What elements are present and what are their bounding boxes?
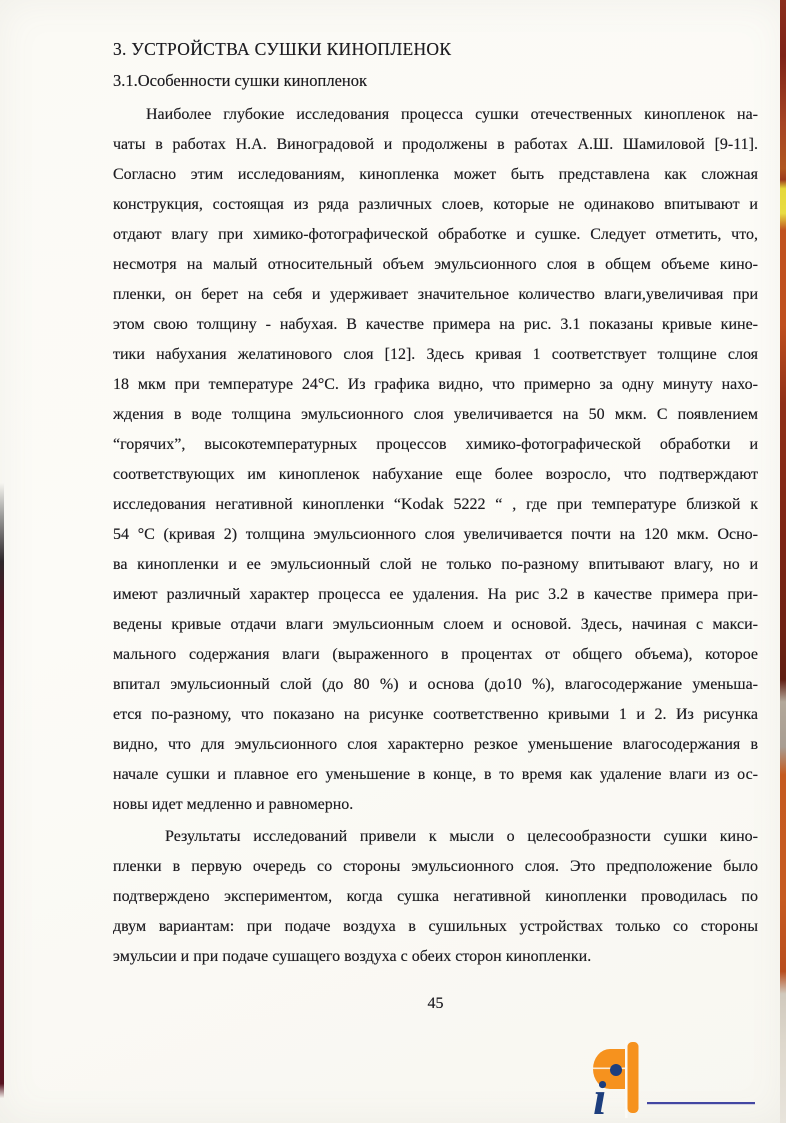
paragraph-line: пленки, он берет на себя и удерживает зн…	[113, 280, 758, 310]
paragraph-line: Наиболее глубокие исследования процесса …	[113, 100, 758, 130]
publisher-logo-svg: i	[591, 1040, 759, 1120]
paragraph-line: 54 °С (кривая 2) толщина эмульсионного с…	[113, 520, 758, 550]
logo-underline	[647, 1102, 755, 1104]
paragraph-line: исследования негативной кинопленки “Koda…	[113, 490, 758, 520]
paragraph-line: начале сушки и плавное его уменьшение в …	[113, 760, 758, 790]
paragraph-line: 18 мкм при температуре 24°С. Из графика …	[113, 370, 758, 400]
paragraph-line: имеют различный характер процесса ее уда…	[113, 580, 758, 610]
publisher-logo: i	[591, 1040, 759, 1120]
paragraph-line: несмотря на малый относительный объем эм…	[113, 250, 758, 280]
paragraph-line: ведены кривые отдачи влаги эмульсионным …	[113, 610, 758, 640]
paragraph-line: конструкция, состоящая из ряда различных…	[113, 190, 758, 220]
paragraph-line: ждения в воде толщина эмульсионного слоя…	[113, 400, 758, 430]
paragraph-line: ется по-разному, что показано на рисунке…	[113, 700, 758, 730]
text-block: 3. УСТРОЙСТВА СУШКИ КИНОПЛЕНОК 3.1.Особе…	[113, 36, 758, 972]
page-number: 45	[113, 995, 758, 1013]
subsection-title: 3.1.Особенности сушки кинопленок	[113, 68, 758, 100]
paragraph-line: отдают влагу при химико-фотографической …	[113, 220, 758, 250]
paragraph-line: новы идет медленно и равномерно.	[113, 790, 758, 820]
paragraph-line: этом свою толщину - набухая. В качестве …	[113, 310, 758, 340]
paragraph-2: Результаты исследований привели к мысли …	[113, 822, 758, 972]
paragraph-line: чаты в работах Н.А. Виноградовой и продо…	[113, 130, 758, 160]
paragraph-line: ва кинопленки и ее эмульсионный слой не …	[113, 550, 758, 580]
section-title: 3. УСТРОЙСТВА СУШКИ КИНОПЛЕНОК	[113, 36, 758, 68]
paragraph-line: тики набухания желатинового слоя [12]. З…	[113, 340, 758, 370]
paragraph-line: эмульсии и при подаче сушащего воздуха с…	[113, 942, 758, 972]
left-scan-edge	[0, 0, 4, 1123]
paragraph-line: впитал эмульсионный слой (до 80 %) и осн…	[113, 670, 758, 700]
paragraph-line: соответствующих им кинопленок набухание …	[113, 460, 758, 490]
right-scan-edge	[780, 0, 786, 1123]
paragraph-line: “горячих”, высокотемпературных процессов…	[113, 430, 758, 460]
paragraph-line: Согласно этим исследованиям, кинопленка …	[113, 160, 758, 190]
paragraph-1: Наиболее глубокие исследования процесса …	[113, 100, 758, 820]
scanned-page: 3. УСТРОЙСТВА СУШКИ КИНОПЛЕНОК 3.1.Особе…	[0, 0, 786, 1123]
paragraph-line: мального содержания влаги (выраженного в…	[113, 640, 758, 670]
paragraph-line: пленки в первую очередь со стороны эмуль…	[113, 852, 758, 882]
paragraph-line: двум вариантам: при подаче воздуха в суш…	[113, 912, 758, 942]
svg-text:i: i	[593, 1072, 607, 1120]
paragraph-line: видно, что для эмульсионного слоя характ…	[113, 730, 758, 760]
paragraph-line: Результаты исследований привели к мысли …	[113, 822, 758, 852]
paragraph-line: подтверждено экспериментом, когда сушка …	[113, 882, 758, 912]
logo-i-icon: i	[593, 1072, 607, 1120]
